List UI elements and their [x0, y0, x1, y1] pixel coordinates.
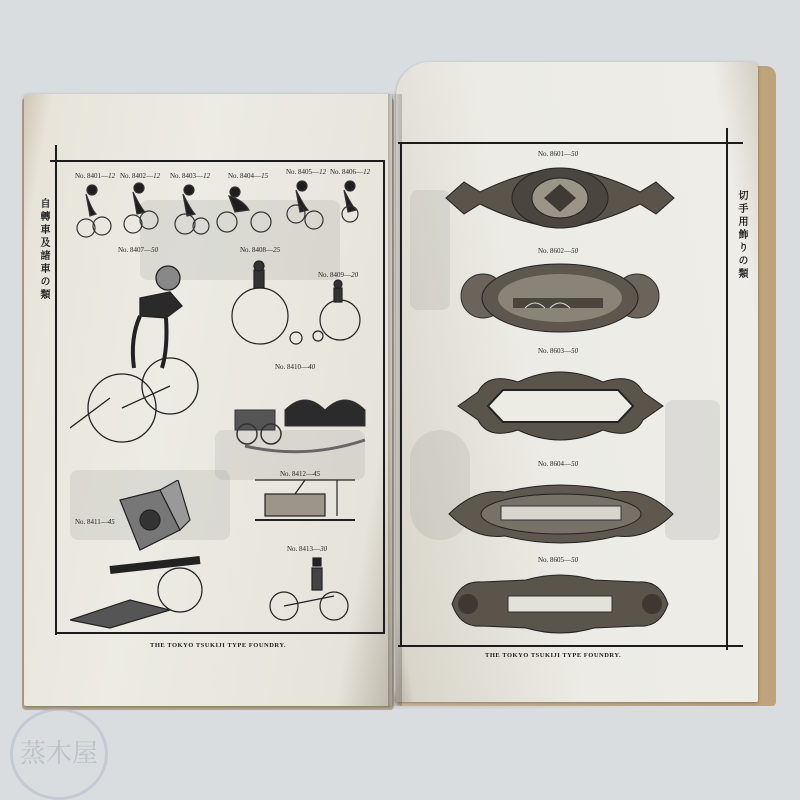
draisine-rider-illustration [268, 556, 358, 626]
right-section-title: 切手用飾りの類 [734, 190, 749, 281]
item-label: No. 8603—50 [538, 347, 578, 355]
item-label: No. 8602—50 [538, 247, 578, 255]
right-inner-rule [400, 142, 402, 645]
item-label: No. 8402—12 [120, 172, 160, 180]
item-label: No. 8407—50 [118, 246, 158, 254]
ornament-8603-illustration [448, 362, 673, 450]
item-label: No. 8401—12 [75, 172, 115, 180]
item-label: No. 8405—12 [286, 168, 326, 176]
left-section-title: 自轉車及諸車の類 [36, 198, 51, 302]
item-label: No. 8403—12 [170, 172, 210, 180]
item-label: No. 8413—30 [287, 545, 327, 553]
item-label: No. 8601—50 [538, 150, 578, 158]
ornament-8604-illustration [445, 478, 677, 550]
left-page-footer: THE TOKYO TSUKIJI TYPE FOUNDRY. [150, 642, 286, 649]
left-inner-rule [383, 160, 385, 632]
left-top-rule [50, 160, 385, 162]
cyclist-silhouettes-illustration [70, 180, 370, 240]
shop-watermark-stamp: 蒸木屋 [10, 708, 108, 800]
woman-on-bicycle-illustration [70, 258, 200, 458]
item-label: No. 8404—15 [228, 172, 268, 180]
item-label: No. 8605—50 [538, 556, 578, 564]
ornament-8601-illustration [440, 162, 680, 234]
item-label: No. 8408—25 [240, 246, 280, 254]
item-label: No. 8406—12 [330, 168, 370, 176]
ornament-8602-illustration [455, 262, 665, 334]
flags-and-cannon-illustration [70, 480, 230, 630]
left-bottom-rule [55, 632, 385, 634]
right-page-footer: THE TOKYO TSUKIJI TYPE FOUNDRY. [485, 652, 621, 659]
ornament-8605-illustration [446, 570, 674, 640]
horse-carriage-illustration [225, 370, 375, 460]
right-top-rule [398, 142, 743, 144]
right-bottom-rule [398, 645, 743, 647]
item-label: No. 8604—50 [538, 460, 578, 468]
left-margin-rule [55, 145, 57, 635]
right-margin-rule [726, 128, 728, 650]
penny-farthing-illustration [230, 258, 370, 348]
tram-car-illustration [255, 476, 355, 526]
